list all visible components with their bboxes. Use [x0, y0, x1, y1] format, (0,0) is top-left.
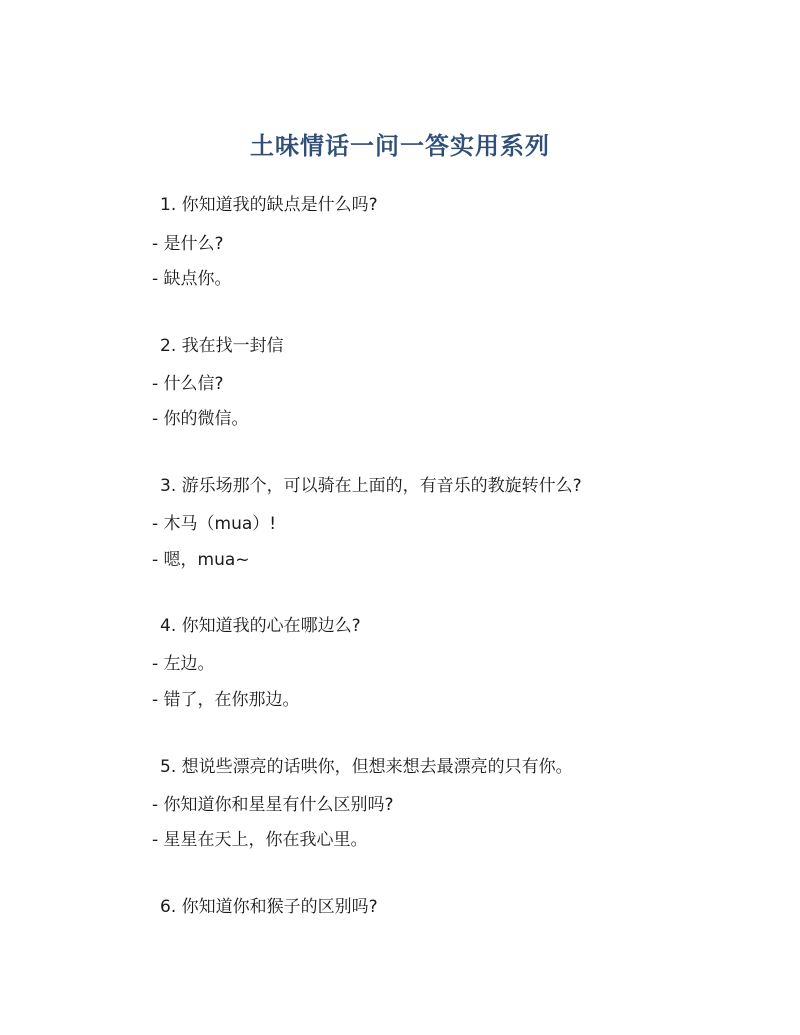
- answer-5-1: - 你知道你和星星有什么区别吗?: [152, 790, 394, 815]
- question-1: 1. 你知道我的缺点是什么吗?: [160, 190, 378, 215]
- question-6: 6. 你知道你和猴子的区别吗?: [160, 892, 378, 917]
- answer-4-2: - 错了，在你那边。: [152, 685, 300, 710]
- answer-2-1: - 什么信?: [152, 369, 224, 394]
- answer-5-2: - 星星在天上，你在我心里。: [152, 825, 368, 850]
- document-title: 土味情话一问一答实用系列: [0, 126, 800, 161]
- answer-4-1: - 左边。: [152, 649, 215, 674]
- question-2: 2. 我在找一封信: [160, 331, 284, 356]
- answer-1-1: - 是什么?: [152, 229, 224, 254]
- answer-3-1: - 木马（mua）!: [152, 509, 276, 534]
- question-4: 4. 你知道我的心在哪边么?: [160, 611, 361, 636]
- answer-1-2: - 缺点你。: [152, 264, 232, 289]
- question-5: 5. 想说些漂亮的话哄你，但想来想去最漂亮的只有你。: [160, 752, 573, 777]
- answer-2-2: - 你的微信。: [152, 404, 249, 429]
- question-3: 3. 游乐场那个，可以骑在上面的，有音乐的教旋转什么?: [160, 471, 582, 496]
- answer-3-2: - 嗯，mua~: [152, 545, 250, 570]
